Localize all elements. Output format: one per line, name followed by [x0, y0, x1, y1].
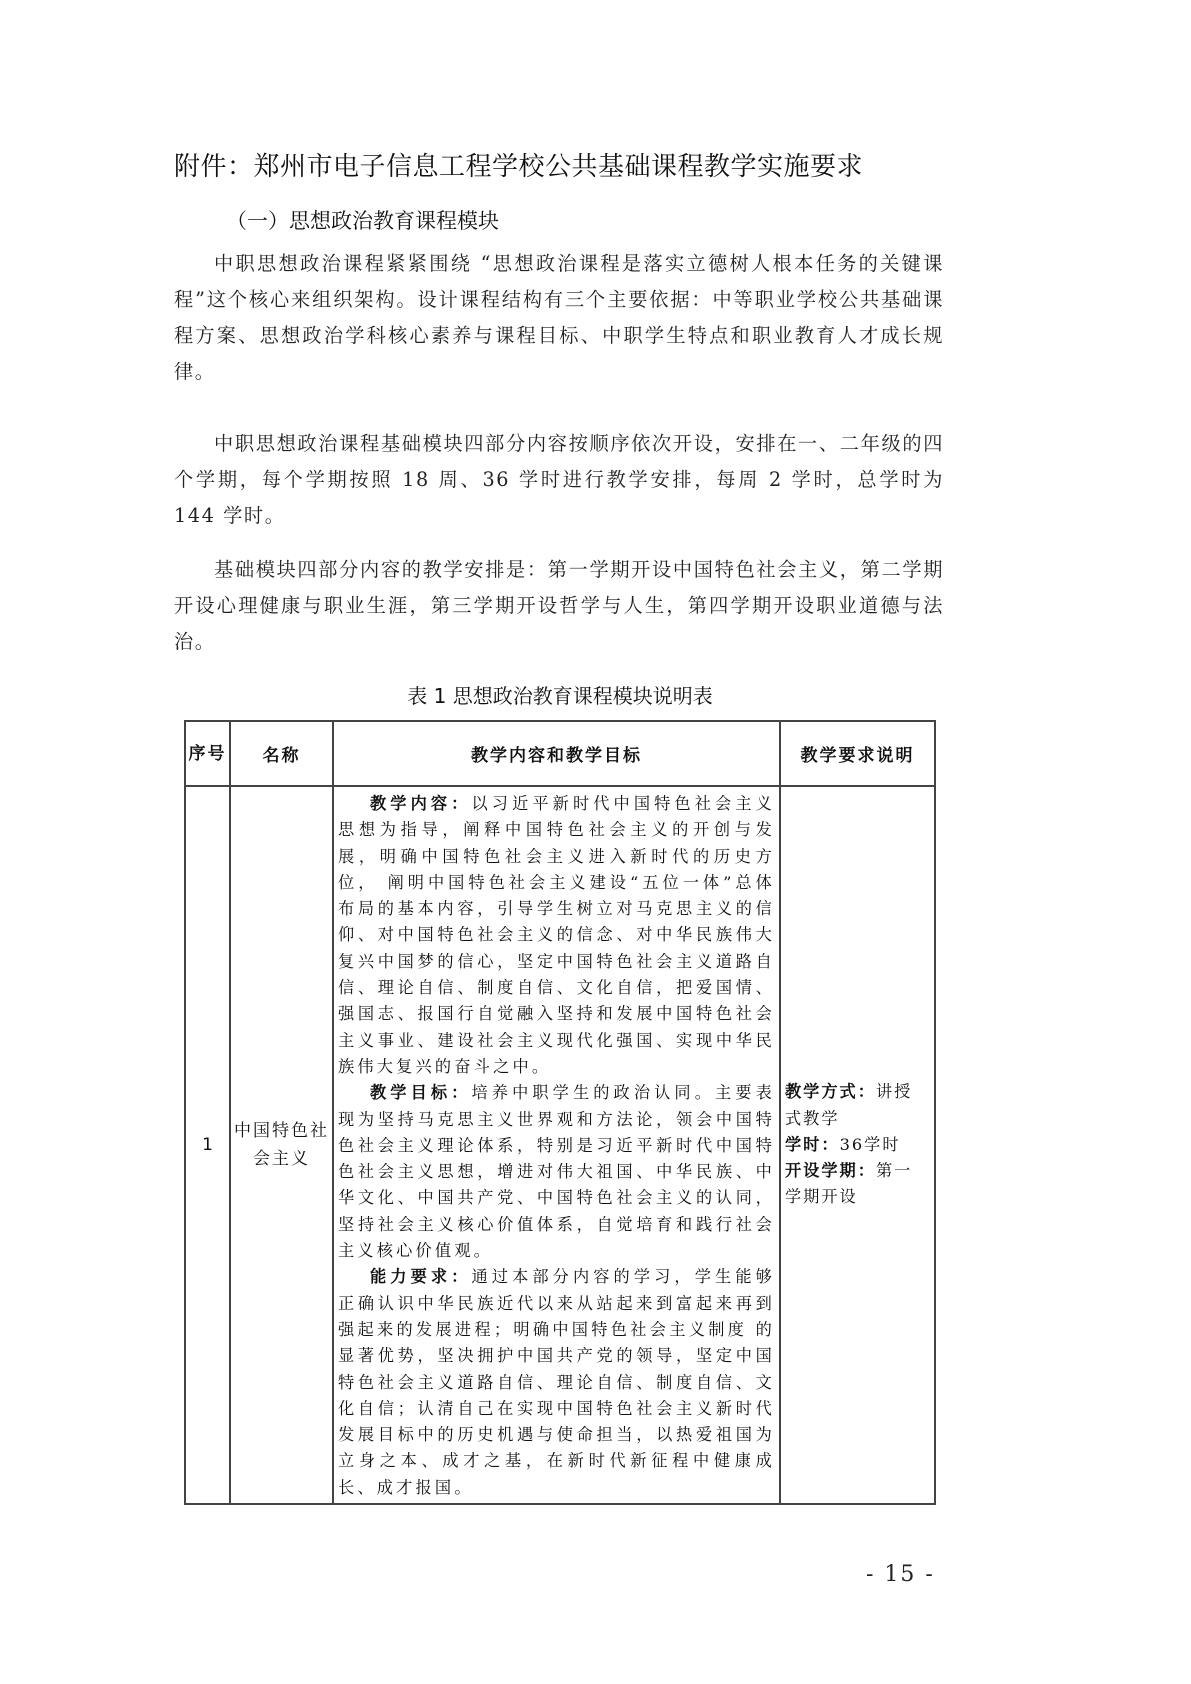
semester-line: 开设学期：第一学期开设	[785, 1158, 930, 1211]
body-paragraph-2: 中职思想政治课程基础模块四部分内容按顺序依次开设，安排在一、二年级的四个学期，每…	[174, 426, 944, 534]
document-page: 附件：郑州市电子信息工程学校公共基础课程教学实施要求 （一）思想政治教育课程模块…	[0, 0, 1191, 1684]
method-line: 教学方式：讲授式教学	[785, 1079, 930, 1132]
page-number: - 15 -	[866, 1562, 935, 1587]
hours-line: 学时：36学时	[785, 1132, 930, 1158]
semester-label: 开设学期：	[785, 1161, 876, 1180]
teaching-goal-text: 培养中职学生的政治认同。主要表现为坚持马克思主义世界观和方法论，领会中国特色社会…	[338, 1083, 775, 1260]
table-row: 1 中国特色社会主义 教学内容：以习近平新时代中国特色社会主义思想为指导，阐释中…	[185, 786, 935, 1504]
cell-no: 1	[185, 786, 230, 1504]
cell-content: 教学内容：以习近平新时代中国特色社会主义思想为指导，阐释中国特色社会主义的开创与…	[333, 786, 780, 1504]
teaching-content-label: 教学内容：	[370, 794, 471, 813]
body-paragraph-1: 中职思想政治课程紧紧围绕 “思想政治课程是落实立德树人根本任务的关键课程”这个核…	[174, 246, 944, 390]
header-name: 名称	[230, 721, 333, 786]
table-header-row: 序号 名称 教学内容和教学目标 教学要求说明	[185, 721, 935, 786]
body-paragraph-3: 基础模块四部分内容的教学安排是：第一学期开设中国特色社会主义，第二学期开设心理健…	[174, 552, 944, 660]
teaching-content-paragraph: 教学内容：以习近平新时代中国特色社会主义思想为指导，阐释中国特色社会主义的开创与…	[338, 791, 775, 1080]
document-title: 附件：郑州市电子信息工程学校公共基础课程教学实施要求	[174, 146, 863, 183]
ability-text: 通过本部分内容的学习，学生能够正确认识中华民族近代以来从站起来到富起来再到强起来…	[338, 1267, 775, 1496]
hours-label: 学时：	[785, 1135, 840, 1154]
header-no: 序号	[185, 721, 230, 786]
module-table: 序号 名称 教学内容和教学目标 教学要求说明 1 中国特色社会主义 教学内容：以…	[184, 720, 936, 1505]
hours-value: 36学时	[840, 1135, 901, 1154]
teaching-goal-paragraph: 教学目标：培养中职学生的政治认同。主要表现为坚持马克思主义世界观和方法论，领会中…	[338, 1080, 775, 1264]
ability-paragraph: 能力要求：通过本部分内容的学习，学生能够正确认识中华民族近代以来从站起来到富起来…	[338, 1264, 775, 1501]
header-content: 教学内容和教学目标	[333, 721, 780, 786]
cell-name: 中国特色社会主义	[230, 786, 333, 1504]
table-caption: 表 1 思想政治教育课程模块说明表	[174, 680, 946, 709]
ability-label: 能力要求：	[370, 1267, 471, 1286]
cell-requirements: 教学方式：讲授式教学 学时：36学时 开设学期：第一学期开设	[780, 786, 935, 1504]
method-label: 教学方式：	[785, 1082, 876, 1101]
section-heading: （一）思想政治教育课程模块	[226, 205, 499, 235]
header-requirements: 教学要求说明	[780, 721, 935, 786]
teaching-goal-label: 教学目标：	[370, 1083, 471, 1102]
teaching-content-text: 以习近平新时代中国特色社会主义思想为指导，阐释中国特色社会主义的开创与发展，明确…	[338, 794, 775, 1076]
